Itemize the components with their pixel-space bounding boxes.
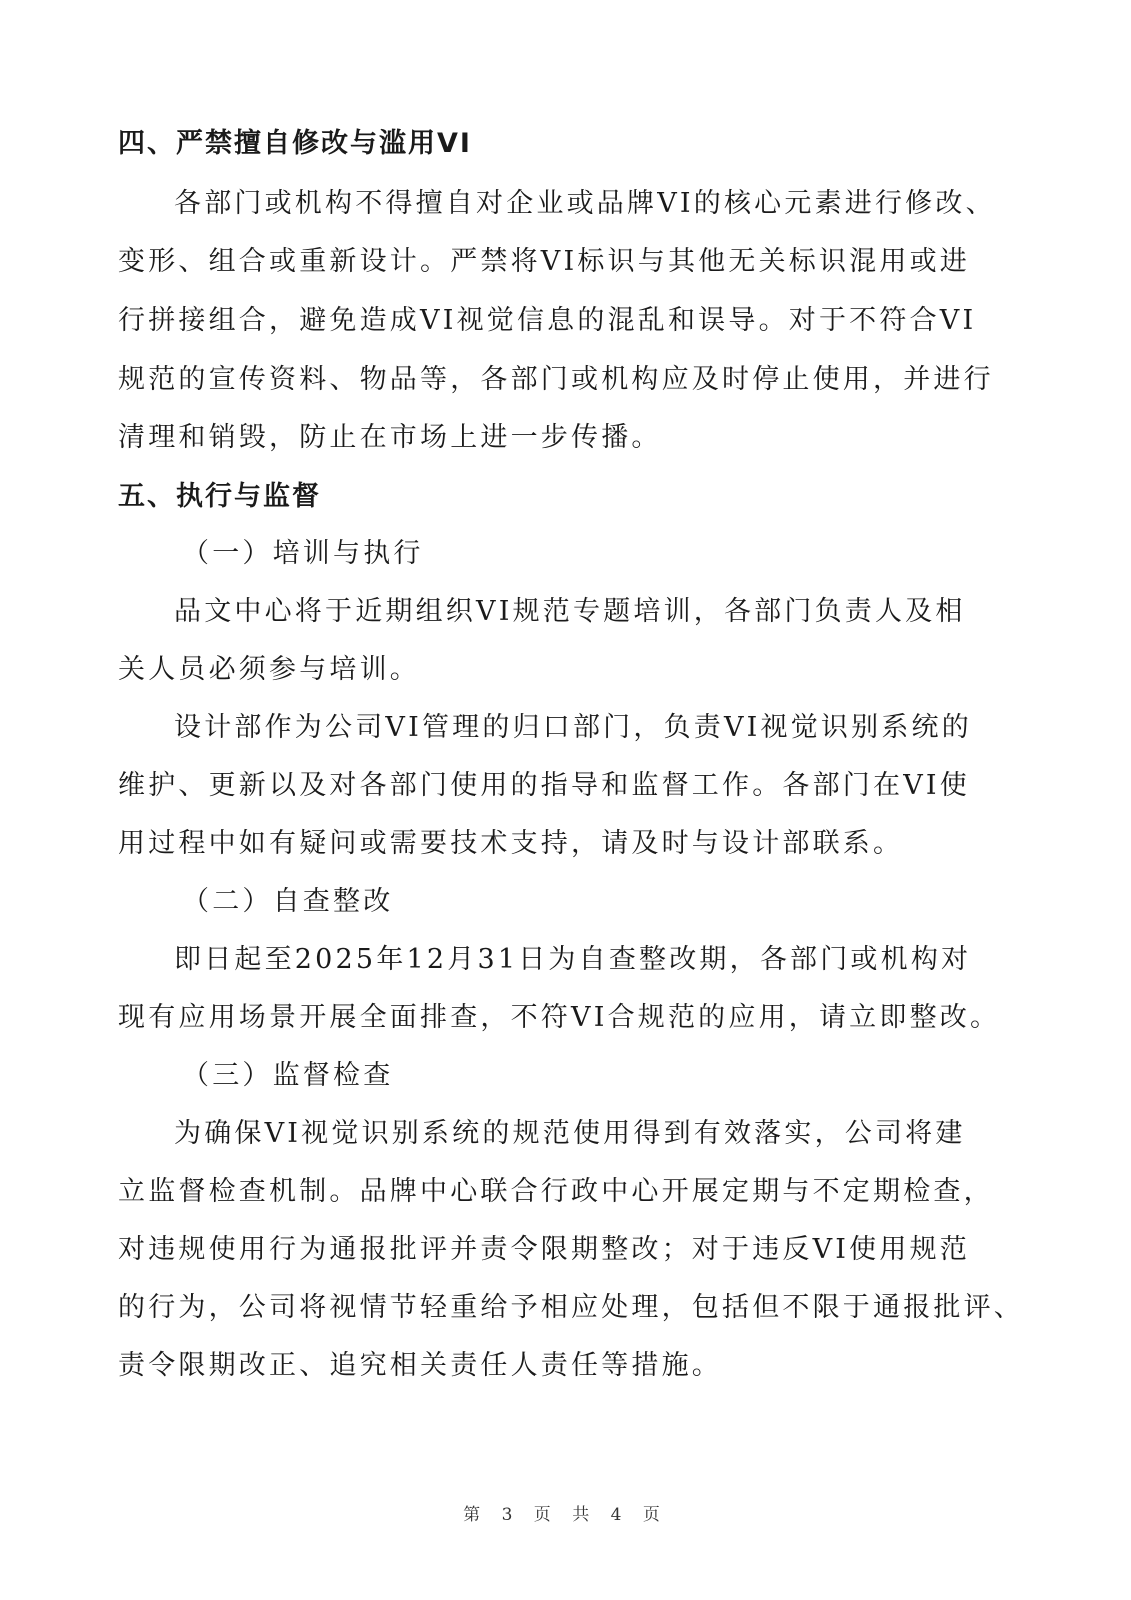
paragraph-line: 现有应用场景开展全面排查，不符VI合规范的应用，请立即整改。 [118, 998, 1000, 1038]
subsection-heading-2: （二）自查整改 [182, 882, 393, 922]
paragraph-line: 立监督检查机制。品牌中心联合行政中心开展定期与不定期检查， [118, 1172, 994, 1212]
paragraph-line: 维护、更新以及对各部门使用的指导和监督工作。各部门在VI使 [118, 766, 970, 806]
paragraph-line: 行拼接组合，避免造成VI视觉信息的混乱和误导。对于不符合VI [118, 301, 976, 341]
paragraph-line: 对违规使用行为通报批评并责令限期整改；对于违反VI使用规范 [118, 1230, 970, 1270]
subsection-heading-1: （一）培训与执行 [182, 534, 424, 574]
paragraph-line: 清理和销毁，防止在市场上进一步传播。 [118, 418, 662, 458]
section-heading-4: 四、严禁擅自修改与滥用VI [118, 124, 472, 164]
paragraph-line: 品文中心将于近期组织VI规范专题培训，各部门负责人及相 [174, 592, 966, 632]
paragraph-line: 规范的宣传资料、物品等，各部门或机构应及时停止使用，并进行 [118, 360, 994, 400]
paragraph-line: 设计部作为公司VI管理的归口部门，负责VI视觉识别系统的 [174, 708, 972, 748]
paragraph-line: 各部门或机构不得擅自对企业或品牌VI的核心元素进行修改、 [174, 184, 996, 224]
paragraph-line: 的行为，公司将视情节轻重给予相应处理，包括但不限于通报批评、 [118, 1288, 1024, 1328]
subsection-heading-3: （三）监督检查 [182, 1056, 393, 1096]
section-heading-5: 五、执行与监督 [118, 477, 321, 517]
paragraph-line: 即日起至2025年12月31日为自查整改期，各部门或机构对 [174, 940, 971, 980]
paragraph-line: 责令限期改正、追究相关责任人责任等措施。 [118, 1346, 722, 1386]
page-number-footer: 第 3 页 共 4 页 [0, 1500, 1131, 1525]
paragraph-line: 为确保VI视觉识别系统的规范使用得到有效落实，公司将建 [174, 1114, 966, 1154]
paragraph-line: 变形、组合或重新设计。严禁将VI标识与其他无关标识混用或进 [118, 242, 970, 282]
paragraph-line: 用过程中如有疑问或需要技术支持，请及时与设计部联系。 [118, 824, 903, 864]
paragraph-line: 关人员必须参与培训。 [118, 650, 420, 690]
